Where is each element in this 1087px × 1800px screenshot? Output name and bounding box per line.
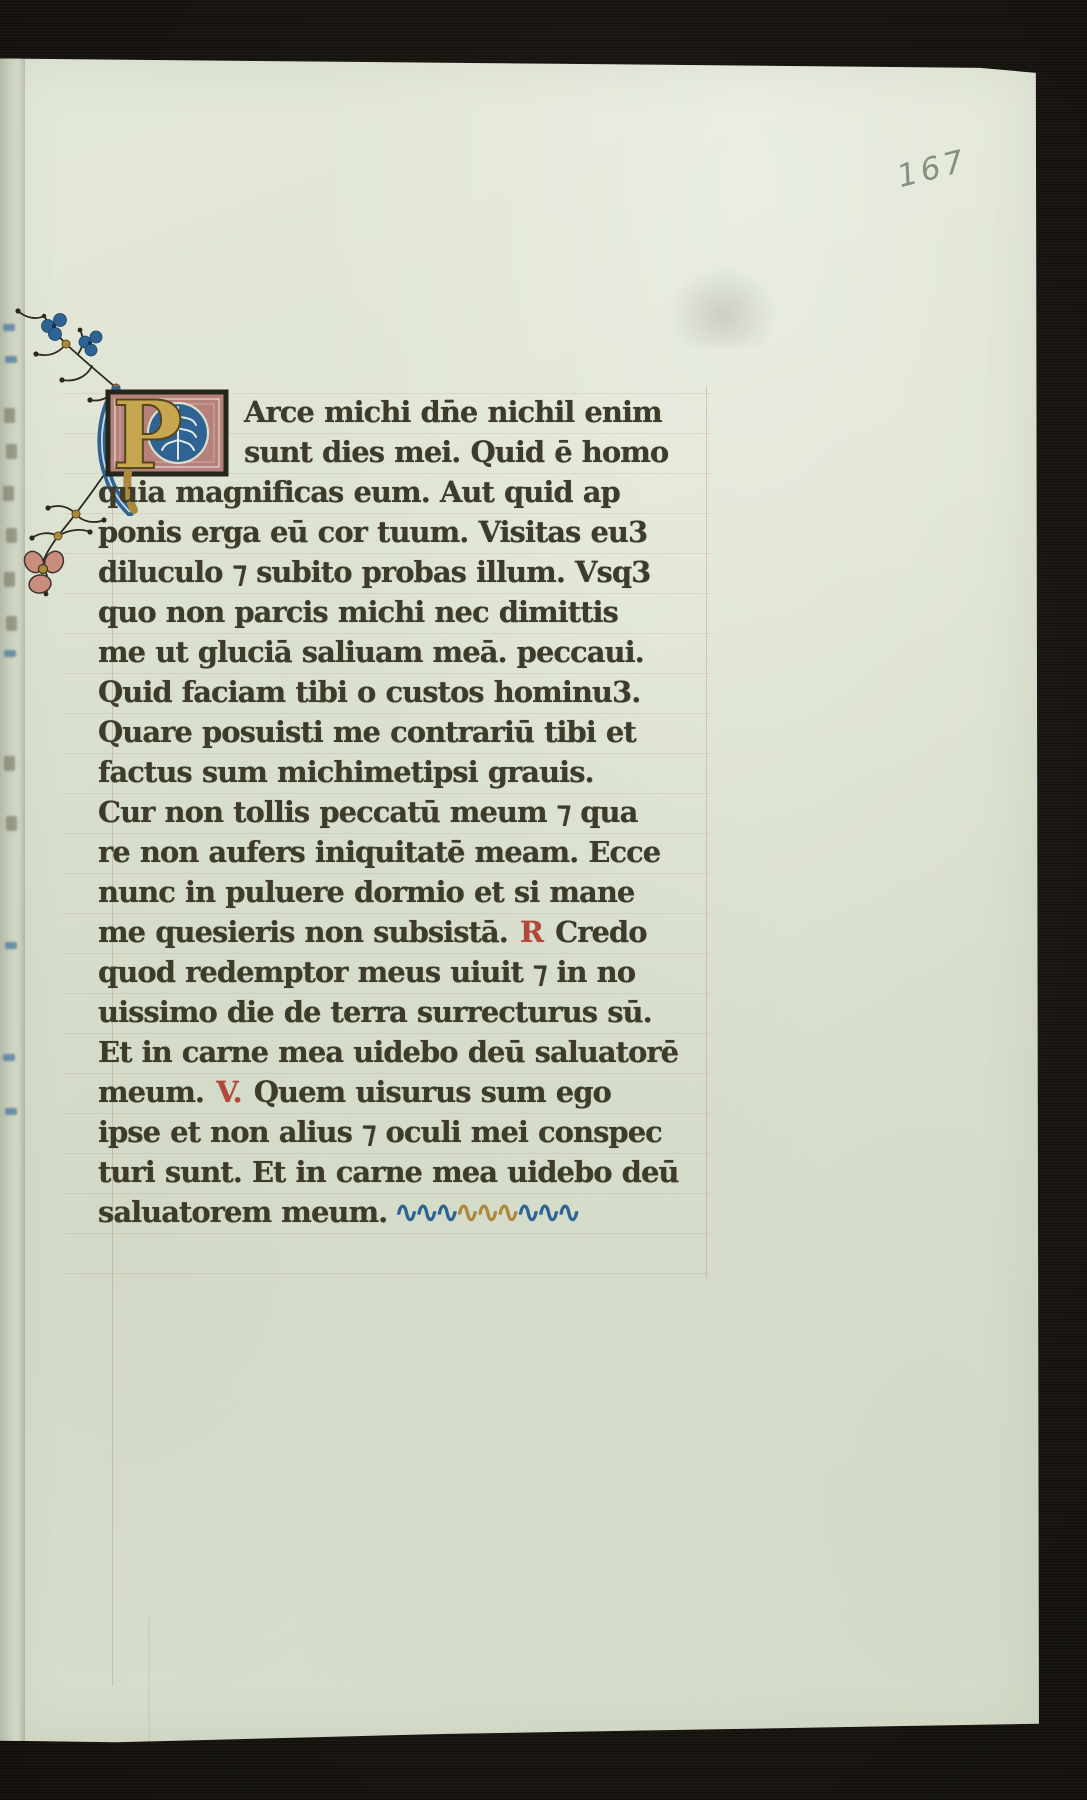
text-line: Quare posuisti me contrariū tibi et bbox=[98, 713, 716, 753]
line-filler-ornament: ∿∿∿ bbox=[455, 1195, 516, 1229]
folio-number: 167 bbox=[894, 133, 1013, 208]
text-line: sunt dies mei. Quid ē homo bbox=[98, 433, 716, 473]
text-line: ponis erga eū cor tuum. Visitas eu3 bbox=[98, 513, 716, 553]
manuscript-page: 167 bbox=[0, 56, 1040, 1744]
text-segment: Credo bbox=[545, 915, 647, 949]
parchment-stain bbox=[668, 266, 778, 346]
text-segment: Quare posuisti me contrariū tibi et bbox=[98, 715, 636, 749]
showthrough-mark bbox=[6, 616, 17, 631]
text-segment: Arce michi dn̄e nichil enim bbox=[244, 395, 662, 429]
showthrough-mark bbox=[3, 486, 14, 501]
text-line: Cur non tollis peccatū meum ⁊ qua bbox=[98, 793, 716, 833]
text-segment: sunt dies mei. Quid ē homo bbox=[244, 435, 668, 469]
text-line: factus sum michimetipsi grauis. bbox=[98, 753, 716, 793]
text-segment: re non aufers iniquitatē meam. Ecce bbox=[98, 835, 660, 869]
text-segment: saluatorem meum. bbox=[98, 1195, 387, 1229]
rubric-mark: V. bbox=[214, 1075, 244, 1109]
text-line: Arce michi dn̄e nichil enim bbox=[98, 393, 716, 433]
text-line: turi sunt. Et in carne mea uidebo deū bbox=[98, 1153, 716, 1193]
showthrough-mark bbox=[4, 650, 16, 657]
showthrough-mark bbox=[3, 1054, 15, 1061]
text-line: me quesieris non subsistā. R Credo bbox=[98, 913, 716, 953]
line-filler-ornament: ∿∿∿ bbox=[387, 1195, 455, 1229]
text-line: meum. V. Quem uisurus sum ego bbox=[98, 1073, 716, 1113]
text-block: Arce michi dn̄e nichil enimsunt dies mei… bbox=[98, 393, 716, 1233]
text-line: re non aufers iniquitatē meam. Ecce bbox=[98, 833, 716, 873]
text-segment: me quesieris non subsistā. bbox=[98, 915, 518, 949]
text-line: Et in carne mea uidebo deū saluatorē bbox=[98, 1033, 716, 1073]
text-segment: factus sum michimetipsi grauis. bbox=[98, 755, 594, 789]
text-line: quo non parcis michi nec dimittis bbox=[98, 593, 716, 633]
showthrough-mark bbox=[5, 942, 17, 949]
text-segment: Quid faciam tibi o custos hominu3. bbox=[98, 675, 640, 709]
text-segment: Et in carne mea uidebo deū saluatorē bbox=[98, 1035, 678, 1069]
text-segment: nunc in puluere dormio et si mane bbox=[98, 875, 634, 909]
text-line: quia magnificas eum. Aut quid ap bbox=[98, 473, 716, 513]
text-segment: me ut gluciā saliuam meā. peccaui. bbox=[98, 635, 644, 669]
showthrough-mark bbox=[6, 444, 17, 459]
text-line: Quid faciam tibi o custos hominu3. bbox=[98, 673, 716, 713]
rubric-mark: R bbox=[518, 915, 545, 949]
text-segment: quo non parcis michi nec dimittis bbox=[98, 595, 618, 629]
text-line: saluatorem meum. ∿∿∿∿∿∿∿∿∿ bbox=[98, 1193, 716, 1233]
showthrough-mark bbox=[6, 816, 17, 831]
text-segment: uissimo die de terra surrecturus sū. bbox=[98, 995, 652, 1029]
text-line: uissimo die de terra surrecturus sū. bbox=[98, 993, 716, 1033]
text-segment: ipse et non alius ⁊ oculi mei conspec bbox=[98, 1115, 662, 1149]
text-segment: quod redemptor meus uiuit ⁊ in no bbox=[98, 955, 635, 989]
text-segment: ponis erga eū cor tuum. Visitas eu3 bbox=[98, 515, 647, 549]
text-segment: Quem uisurus sum ego bbox=[244, 1075, 611, 1109]
text-line: nunc in puluere dormio et si mane bbox=[98, 873, 716, 913]
text-segment: diluculo ⁊ subito probas illum. Vsq3 bbox=[98, 555, 650, 589]
line-filler-ornament: ∿∿∿ bbox=[516, 1195, 577, 1229]
text-segment: turi sunt. Et in carne mea uidebo deū bbox=[98, 1155, 679, 1189]
text-line: diluculo ⁊ subito probas illum. Vsq3 bbox=[98, 553, 716, 593]
text-segment: quia magnificas eum. Aut quid ap bbox=[98, 475, 620, 509]
parchment-crease bbox=[148, 1616, 150, 1766]
showthrough-mark bbox=[4, 756, 15, 771]
text-segment: Cur non tollis peccatū meum ⁊ qua bbox=[98, 795, 637, 829]
text-line: ipse et non alius ⁊ oculi mei conspec bbox=[98, 1113, 716, 1153]
text-line: me ut gluciā saliuam meā. peccaui. bbox=[98, 633, 716, 673]
showthrough-mark bbox=[5, 1108, 17, 1115]
text-line: quod redemptor meus uiuit ⁊ in no bbox=[98, 953, 716, 993]
text-segment: meum. bbox=[98, 1075, 214, 1109]
